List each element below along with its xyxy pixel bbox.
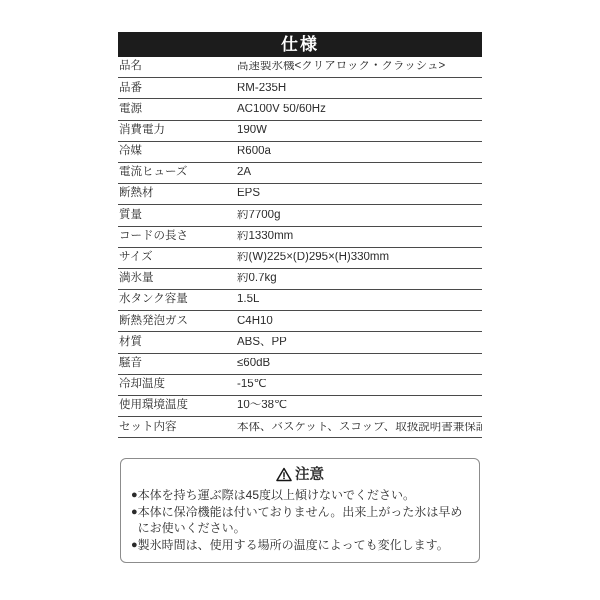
caution-list-item: ● 製氷時間は、使用する場所の温度によっても変化します。 (131, 537, 469, 554)
spec-row-label: コードの長さ (118, 231, 237, 243)
spec-row-value: ≤60dB (237, 358, 482, 370)
bullet-icon: ● (131, 504, 138, 537)
spec-row-value: 1.5L (237, 294, 482, 306)
spec-table-row: 使用環境温度 10～38℃ (118, 396, 482, 417)
spec-table-row: 質量 約7700g (118, 205, 482, 226)
spec-row-label: 断熱発泡ガス (118, 316, 237, 328)
spec-header-title: 仕様 (281, 36, 319, 53)
spec-row-value: EPS (237, 188, 482, 200)
spec-table-row: 水タンク容量 1.5L (118, 290, 482, 311)
spec-row-value: -15℃ (237, 379, 482, 391)
caution-items: ● 本体を持ち運ぶ際は45度以上傾けないでください。 ● 本体に保冷機能は付いて… (131, 487, 469, 553)
bullet-icon: ● (131, 537, 138, 554)
caution-item-text: 本体に保冷機能は付いておりません。出来上がった氷は早めにお使いください。 (138, 504, 469, 537)
caution-title: 注意 (295, 468, 324, 483)
spec-row-label: 材質 (118, 337, 237, 349)
spec-row-value: 2A (237, 167, 482, 179)
spec-sheet: 仕様 品名 高速製氷機<クリアロック・クラッシュ> 品番 RM-235H 電源 … (118, 32, 482, 563)
spec-table: 品名 高速製氷機<クリアロック・クラッシュ> 品番 RM-235H 電源 AC1… (118, 57, 482, 438)
spec-row-label: 電流ヒューズ (118, 167, 237, 179)
spec-table-row: 冷媒 R600a (118, 142, 482, 163)
spec-row-value: 190W (237, 125, 482, 137)
spec-row-label: 電源 (118, 104, 237, 116)
spec-row-label: 品番 (118, 83, 237, 95)
spec-table-row: 材質 ABS、PP (118, 332, 482, 353)
spec-row-value: RM-235H (237, 83, 482, 95)
spec-row-label: 冷却温度 (118, 379, 237, 391)
spec-table-row: 断熱発泡ガス C4H10 (118, 311, 482, 332)
spec-row-value: 約1330mm (237, 231, 482, 243)
spec-table-row: 品番 RM-235H (118, 78, 482, 99)
spec-row-label: セット内容 (118, 422, 237, 434)
spec-row-label: 質量 (118, 210, 237, 222)
spec-header-bar: 仕様 (118, 32, 482, 57)
spec-row-label: 断熱材 (118, 188, 237, 200)
spec-row-label: 騒音 (118, 358, 237, 370)
spec-table-row: コードの長さ 約1330mm (118, 227, 482, 248)
spec-row-label: 品名 (118, 61, 237, 73)
caution-item-text: 本体を持ち運ぶ際は45度以上傾けないでください。 (138, 487, 469, 504)
spec-table-row: サイズ 約(W)225×(D)295×(H)330mm (118, 248, 482, 269)
caution-list-item: ● 本体を持ち運ぶ際は45度以上傾けないでください。 (131, 487, 469, 504)
spec-row-label: 使用環境温度 (118, 400, 237, 412)
caution-title-row: 注意 (131, 467, 469, 482)
spec-row-value: R600a (237, 146, 482, 158)
spec-table-row: 騒音 ≤60dB (118, 354, 482, 375)
spec-table-row: 品名 高速製氷機<クリアロック・クラッシュ> (118, 57, 482, 78)
spec-row-label: サイズ (118, 252, 237, 264)
spec-row-value: 約(W)225×(D)295×(H)330mm (237, 252, 482, 264)
spec-row-value: AC100V 50/60Hz (237, 104, 482, 116)
spec-table-row: 断熱材 EPS (118, 184, 482, 205)
spec-table-row: 満氷量 約0.7kg (118, 269, 482, 290)
spec-row-label: 満氷量 (118, 273, 237, 285)
spec-row-value: 本体、バスケット、スコップ、取扱説明書兼保証書 (237, 422, 482, 434)
spec-table-row: 電源 AC100V 50/60Hz (118, 99, 482, 120)
spec-row-value: 約7700g (237, 210, 482, 222)
spec-row-value: ABS、PP (237, 337, 482, 349)
spec-row-value: 10～38℃ (237, 400, 482, 412)
spec-row-value: C4H10 (237, 316, 482, 328)
spec-table-row: 電流ヒューズ 2A (118, 163, 482, 184)
spec-table-row: 消費電力 190W (118, 121, 482, 142)
spec-row-label: 消費電力 (118, 125, 237, 137)
warning-triangle-icon (276, 467, 292, 482)
spec-table-row: セット内容 本体、バスケット、スコップ、取扱説明書兼保証書 (118, 417, 482, 438)
caution-item-text: 製氷時間は、使用する場所の温度によっても変化します。 (138, 537, 469, 554)
bullet-icon: ● (131, 487, 138, 504)
spec-row-label: 水タンク容量 (118, 294, 237, 306)
spec-row-value: 約0.7kg (237, 273, 482, 285)
spec-table-row: 冷却温度 -15℃ (118, 375, 482, 396)
spec-row-label: 冷媒 (118, 146, 237, 158)
caution-box: 注意 ● 本体を持ち運ぶ際は45度以上傾けないでください。 ● 本体に保冷機能は… (120, 458, 480, 563)
spec-row-value: 高速製氷機<クリアロック・クラッシュ> (237, 61, 482, 73)
caution-list-item: ● 本体に保冷機能は付いておりません。出来上がった氷は早めにお使いください。 (131, 504, 469, 537)
